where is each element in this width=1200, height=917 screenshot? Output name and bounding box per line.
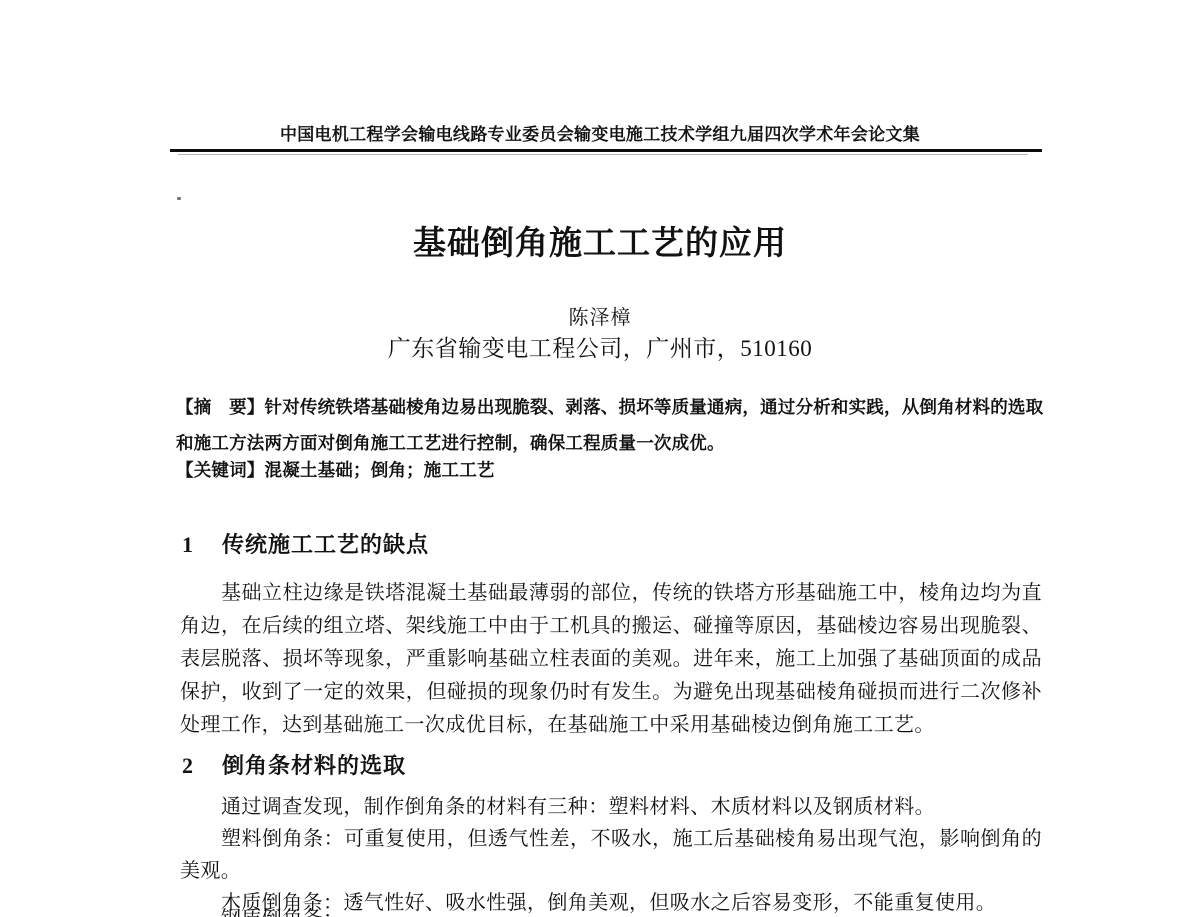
abstract-text-line1: 针对传统铁塔基础棱角边易出现脆裂、剥落、损坏等质量通病，通过分析和实践，从倒角材… bbox=[265, 397, 1044, 417]
abstract-text-line2: 和施工方法两方面对倒角施工工艺进行控制，确保工程质量一次成优。 bbox=[176, 433, 725, 453]
section-2-heading: 2倒角条材料的选取 bbox=[182, 749, 406, 780]
page-title: 基础倒角施工工艺的应用 bbox=[0, 217, 1200, 264]
body-line: 美观。 bbox=[180, 855, 1042, 887]
section-2-number: 2 bbox=[182, 753, 194, 779]
body-line: 通过调查发现，制作倒角条的材料有三种：塑料材料、木质材料以及钢质材料。 bbox=[180, 791, 1042, 823]
author-name: 陈泽樟 bbox=[0, 301, 1200, 330]
author-affiliation: 广东省输变电工程公司，广州市，510160 bbox=[0, 330, 1200, 363]
scan-speck bbox=[177, 197, 181, 200]
section-1-paragraph: 基础立柱边缘是铁塔混凝土基础最薄弱的部位，传统的铁塔方形基础施工中，棱角边均为直… bbox=[180, 577, 1042, 742]
section-1-number: 1 bbox=[182, 532, 194, 558]
abstract-line: 【摘 要】针对传统铁塔基础棱角边易出现脆裂、剥落、损坏等质量通病，通过分析和实践… bbox=[176, 389, 1042, 425]
proceedings-header: 中国电机工程学会输电线路专业委员会输变电施工技术学组九届四次学术年会论文集 bbox=[0, 120, 1200, 145]
section-1-heading: 1传统施工工艺的缺点 bbox=[182, 528, 429, 559]
abstract-block: 【摘 要】针对传统铁塔基础棱角边易出现脆裂、剥落、损坏等质量通病，通过分析和实践… bbox=[176, 389, 1042, 461]
body-line: 处理工作，达到基础施工一次成优目标，在基础施工中采用基础棱边倒角施工工艺。 bbox=[180, 709, 1042, 742]
abstract-line: 和施工方法两方面对倒角施工工艺进行控制，确保工程质量一次成优。 bbox=[176, 425, 1042, 461]
section-2-title: 倒角条材料的选取 bbox=[222, 753, 406, 778]
keywords-label: 【关键词】 bbox=[176, 460, 265, 480]
abstract-label: 【摘 要】 bbox=[176, 397, 265, 417]
keywords-text: 混凝土基础；倒角；施工工艺 bbox=[265, 460, 495, 480]
section-1-title: 传统施工工艺的缺点 bbox=[222, 532, 429, 557]
clipped-bottom-line: 钢质倒角条： bbox=[180, 907, 1042, 917]
body-line: 角边，在后续的组立塔、架线施工中由于工机具的搬运、碰撞等原因，基础棱边容易出现脆… bbox=[180, 610, 1042, 643]
header-rule bbox=[170, 149, 1042, 152]
paper-page: 中国电机工程学会输电线路专业委员会输变电施工技术学组九届四次学术年会论文集 基础… bbox=[0, 0, 1200, 917]
body-line: 表层脱落、损坏等现象，严重影响基础立柱表面的美观。进年来，施工上加强了基础顶面的… bbox=[180, 643, 1042, 676]
body-line: 基础立柱边缘是铁塔混凝土基础最薄弱的部位，传统的铁塔方形基础施工中，棱角边均为直 bbox=[180, 577, 1042, 610]
keywords-line: 【关键词】混凝土基础；倒角；施工工艺 bbox=[176, 457, 495, 482]
body-line: 保护，收到了一定的效果，但碰损的现象仍时有发生。为避免出现基础棱角碰损而进行二次… bbox=[180, 676, 1042, 709]
header-rule-scan-shadow bbox=[178, 154, 1028, 155]
body-line: 塑料倒角条：可重复使用，但透气性差，不吸水，施工后基础棱角易出现气泡，影响倒角的 bbox=[180, 823, 1042, 855]
section-2-paragraph: 通过调查发现，制作倒角条的材料有三种：塑料材料、木质材料以及钢质材料。 塑料倒角… bbox=[180, 791, 1042, 917]
